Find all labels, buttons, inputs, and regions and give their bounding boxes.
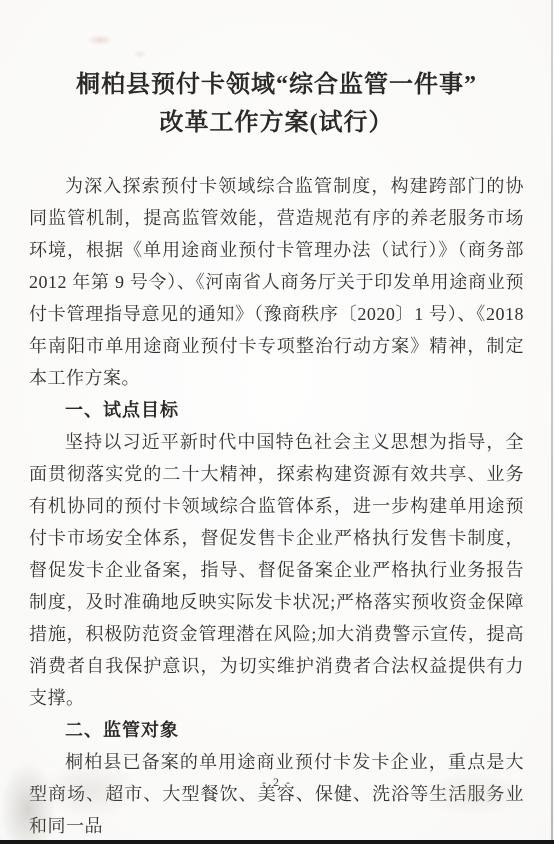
paragraph-supervision-targets: 桐柏县已备案的单用途商业预付卡发卡企业，重点是大型商场、超市、大型餐饮、美容、保… bbox=[29, 746, 524, 842]
scan-edge-bottom bbox=[0, 840, 554, 844]
paragraph-introduction: 为深入探索预付卡领域综合监管制度，构建跨部门的协同监管机制，提高监管效能，营造规… bbox=[29, 170, 524, 394]
document-content: 桐柏县预付卡领域“综合监管一件事” 改革工作方案(试行） 为深入探索预付卡领域综… bbox=[29, 0, 524, 842]
page-number: - 2 - bbox=[0, 775, 554, 790]
scanned-document-page: 桐柏县预付卡领域“综合监管一件事” 改革工作方案(试行） 为深入探索预付卡领域综… bbox=[0, 0, 554, 844]
section-heading-pilot-goals: 一、试点目标 bbox=[29, 394, 524, 426]
paragraph-pilot-goals: 坚持以习近平新时代中国特色社会主义思想为指导，全面贯彻落实党的二十大精神，探索构… bbox=[29, 426, 524, 714]
document-title-line-2: 改革工作方案(试行） bbox=[29, 104, 524, 142]
document-title-line-1: 桐柏县预付卡领域“综合监管一件事” bbox=[29, 66, 524, 104]
scan-edge-right bbox=[551, 0, 553, 844]
section-heading-supervision-targets: 二、监管对象 bbox=[29, 714, 524, 746]
document-title: 桐柏县预付卡领域“综合监管一件事” 改革工作方案(试行） bbox=[29, 66, 524, 142]
